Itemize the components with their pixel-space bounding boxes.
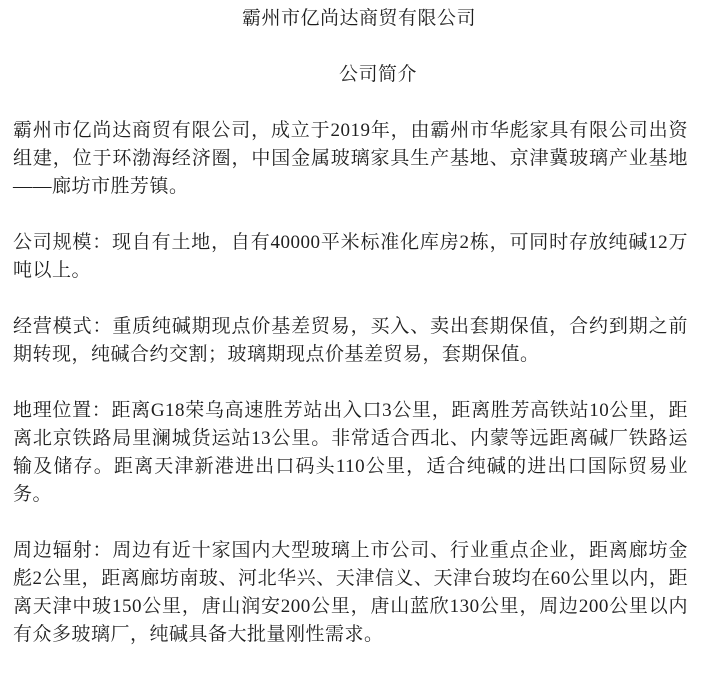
paragraph-company-scale: 公司规模：现自有土地，自有40000平米标准化库房2栋，可同时存放纯碱12万吨以… <box>13 229 688 285</box>
paragraph-company-intro: 霸州市亿尚达商贸有限公司，成立于2019年，由霸州市华彪家具有限公司出资组建，位… <box>13 117 688 201</box>
document-title: 霸州市亿尚达商贸有限公司 <box>30 5 688 33</box>
document-page: 霸州市亿尚达商贸有限公司 公司简介 霸州市亿尚达商贸有限公司，成立于2019年，… <box>0 0 721 675</box>
document-subtitle: 公司简介 <box>68 61 688 89</box>
paragraph-business-model: 经营模式：重质纯碱期现点价基差贸易，买入、卖出套期保值，合约到期之前期转现，纯碱… <box>13 313 688 369</box>
paragraph-surrounding-coverage: 周边辐射：周边有近十家国内大型玻璃上市公司、行业重点企业，距离廊坊金彪2公里，距… <box>13 537 688 649</box>
paragraph-geographic-location: 地理位置：距离G18荣乌高速胜芳站出入口3公里，距离胜芳高铁站10公里，距离北京… <box>13 397 688 509</box>
